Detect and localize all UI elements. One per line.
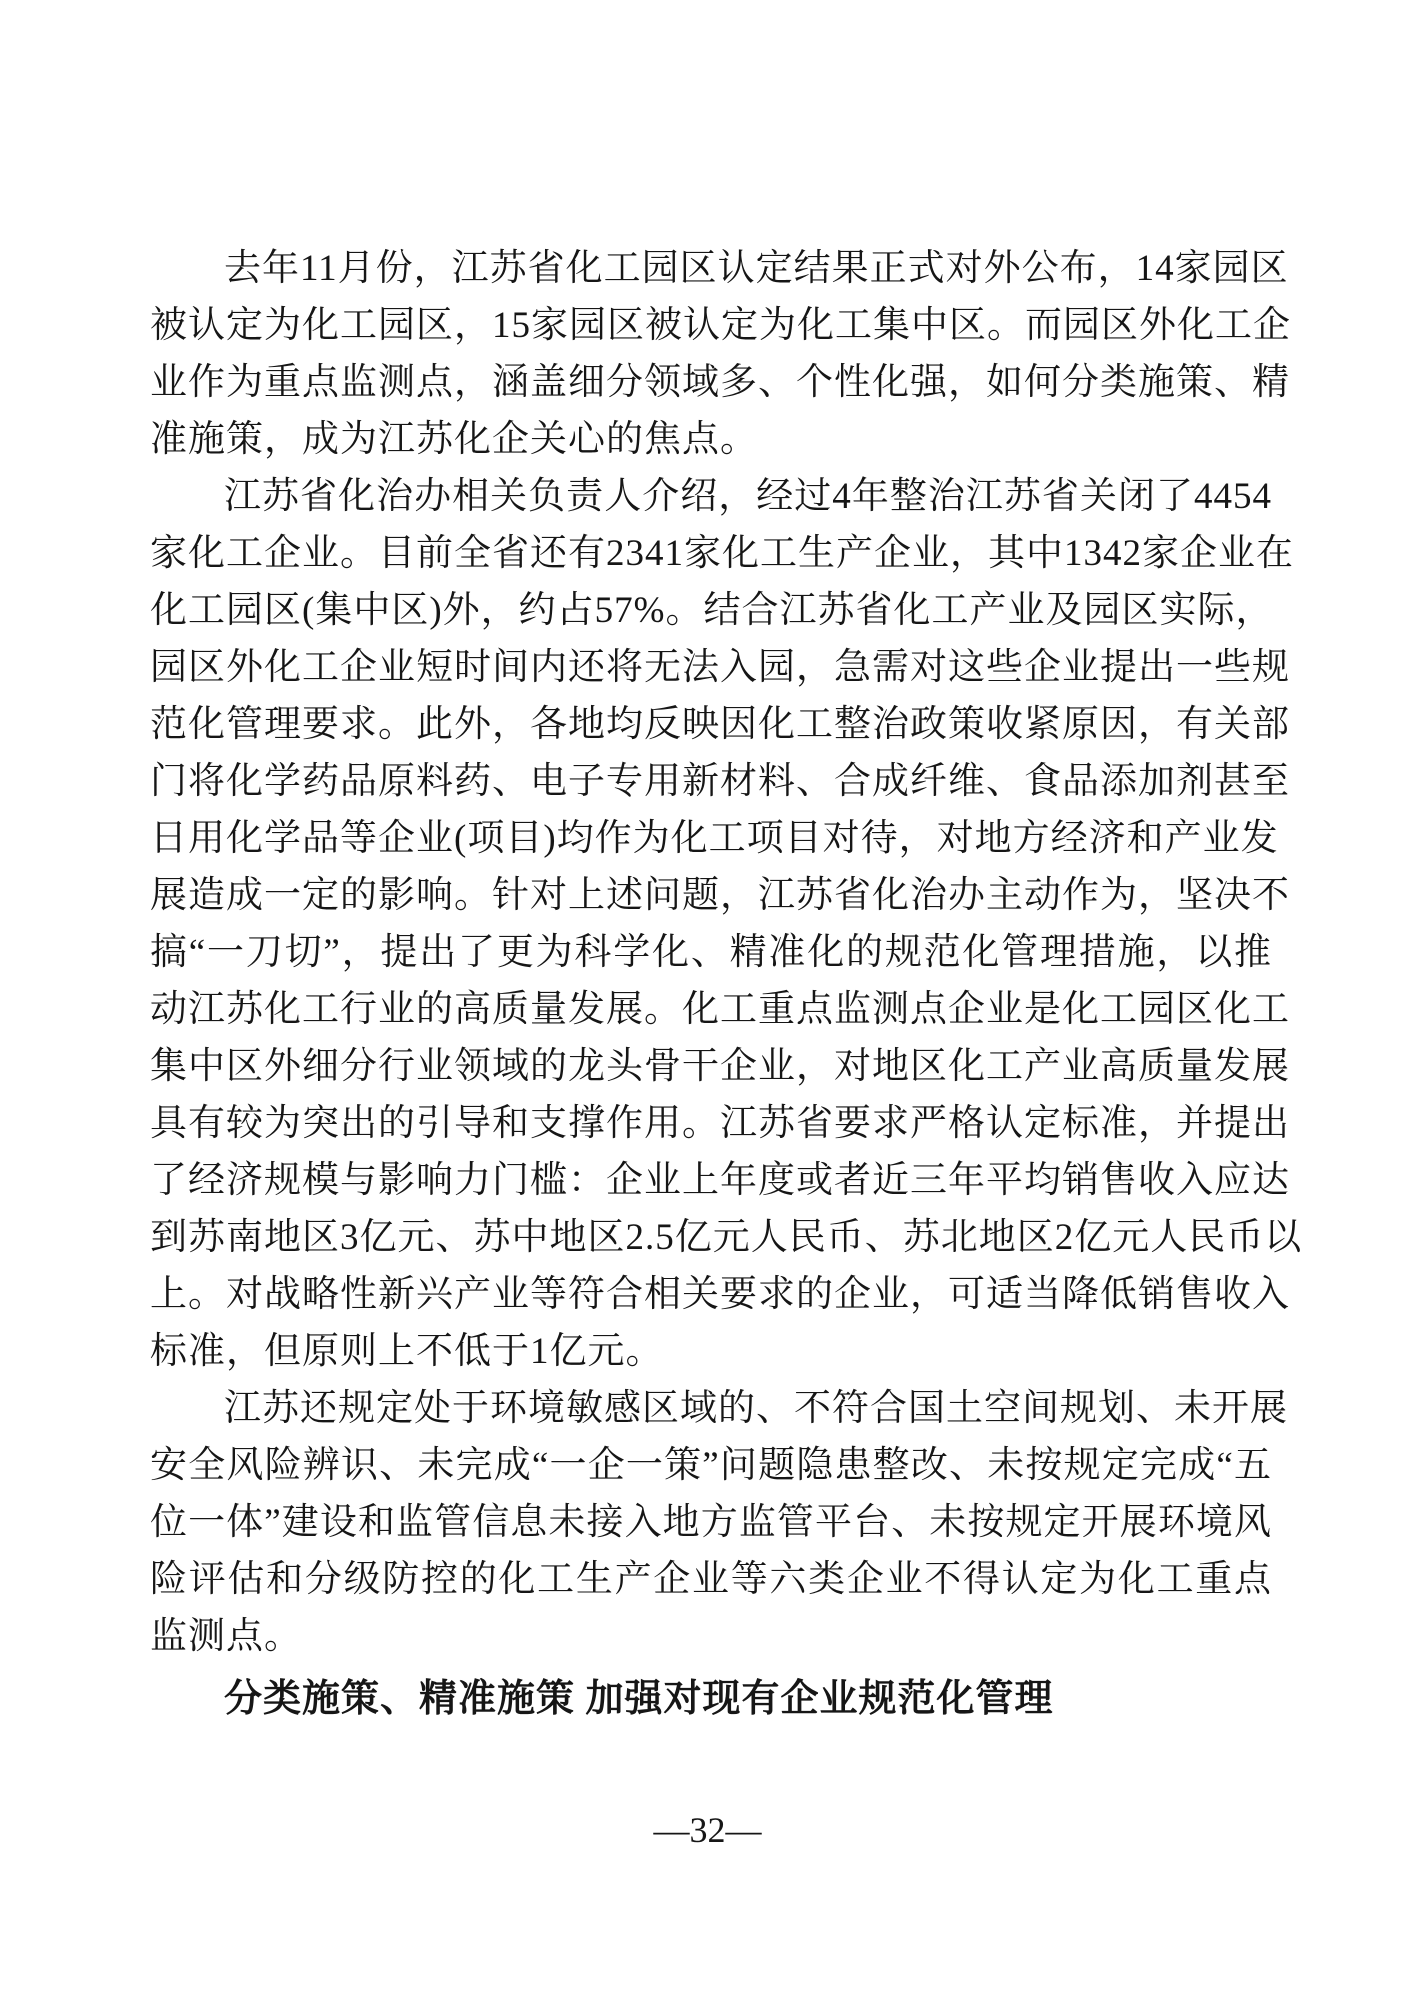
section-heading: 分类施策、精准施策 加强对现有企业规范化管理 [150,1671,1272,1728]
text-line: 上。对战略性新兴产业等符合相关要求的企业，可适当降低销售收入 [150,1266,1272,1323]
text-line: 门将化学药品原料药、电子专用新材料、合成纤维、食品添加剂甚至 [150,753,1272,810]
text-line: 了经济规模与影响力门槛：企业上年度或者近三年平均销售收入应达 [150,1152,1272,1209]
text-line: 位一体”建设和监管信息未接入地方监管平台、未按规定开展环境风 [150,1494,1272,1551]
text-line: 到苏南地区3亿元、苏中地区2.5亿元人民币、苏北地区2亿元人民币以 [150,1209,1272,1266]
text-line: 化工园区(集中区)外，约占57%。结合江苏省化工产业及园区实际， [150,582,1272,639]
text-line: 业作为重点监测点，涵盖细分领域多、个性化强，如何分类施策、精 [150,354,1272,411]
page-number: —32— [0,1805,1415,1855]
text-line: 监测点。 [150,1608,1272,1665]
text-line: 江苏还规定处于环境敏感区域的、不符合国土空间规划、未开展 [150,1380,1272,1437]
text-line: 险评估和分级防控的化工生产企业等六类企业不得认定为化工重点 [150,1551,1272,1608]
text-line: 具有较为突出的引导和支撑作用。江苏省要求严格认定标准，并提出 [150,1095,1272,1152]
text-line: 集中区外细分行业领域的龙头骨干企业，对地区化工产业高质量发展 [150,1038,1272,1095]
text-line: 家化工企业。目前全省还有2341家化工生产企业，其中1342家企业在 [150,525,1272,582]
text-line: 动江苏化工行业的高质量发展。化工重点监测点企业是化工园区化工 [150,981,1272,1038]
document-body: 去年11月份，江苏省化工园区认定结果正式对外公布，14家园区 被认定为化工园区，… [150,240,1272,1728]
text-line: 日用化学品等企业(项目)均作为化工项目对待，对地方经济和产业发 [150,810,1272,867]
text-line: 园区外化工企业短时间内还将无法入园，急需对这些企业提出一些规 [150,639,1272,696]
text-line: 准施策，成为江苏化企关心的焦点。 [150,411,1272,468]
text-line: 江苏省化治办相关负责人介绍，经过4年整治江苏省关闭了4454 [150,468,1272,525]
text-line: 范化管理要求。此外，各地均反映因化工整治政策收紧原因，有关部 [150,696,1272,753]
text-line: 被认定为化工园区，15家园区被认定为化工集中区。而园区外化工企 [150,297,1272,354]
text-line: 安全风险辨识、未完成“一企一策”问题隐患整改、未按规定完成“五 [150,1437,1272,1494]
text-line: 搞“一刀切”，提出了更为科学化、精准化的规范化管理措施，以推 [150,924,1272,981]
text-line: 展造成一定的影响。针对上述问题，江苏省化治办主动作为，坚决不 [150,867,1272,924]
document-page: 去年11月份，江苏省化工园区认定结果正式对外公布，14家园区 被认定为化工园区，… [0,0,1415,2000]
text-line: 去年11月份，江苏省化工园区认定结果正式对外公布，14家园区 [150,240,1272,297]
text-line: 标准，但原则上不低于1亿元。 [150,1323,1272,1380]
